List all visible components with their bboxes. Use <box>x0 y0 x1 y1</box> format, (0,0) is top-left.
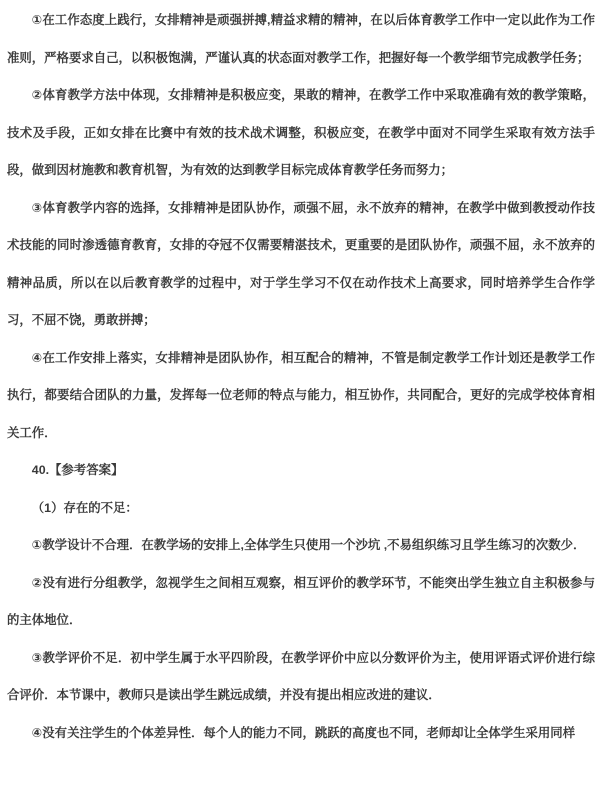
paragraph-deficiency-4-differences: ④没有关注学生的个体差异性．每个人的能力不同，跳跃的高度也不同，老师却让全体学生… <box>7 715 595 753</box>
question-40-answer-heading: 40.【参考答案】 <box>7 452 595 490</box>
paragraph-deficiency-1-design: ①教学设计不合理．在教学场的安排上,全体学生只使用一个沙坑 ,不易组织练习且学生… <box>7 527 595 565</box>
paragraph-teaching-methods: ②体育教学方法中体现，女排精神是积极应变，果敢的精神，在教学工作中采取准确有效的… <box>7 77 595 190</box>
paragraph-deficiency-3-evaluation: ③教学评价不足．初中学生属于水平四阶段，在教学评价中应以分数评价为主，使用评语式… <box>7 640 595 715</box>
paragraph-work-attitude: ①在工作态度上践行，女排精神是顽强拼搏,精益求精的精神，在以后体育教学工作中一定… <box>7 2 595 77</box>
paragraph-teaching-content: ③体育教学内容的选择，女排精神是团队协作，顽强不屈，永不放弃的精神，在教学中做到… <box>7 190 595 340</box>
document-page: ①在工作态度上践行，女排精神是顽强拼搏,精益求精的精神，在以后体育教学工作中一定… <box>0 0 600 792</box>
paragraph-work-arrangement: ④在工作安排上落实，女排精神是团队协作，相互配合的精神，不管是制定教学工作计划还… <box>7 340 595 453</box>
subsection-1-heading: （1）存在的不足： <box>7 490 595 528</box>
paragraph-deficiency-2-grouping: ②没有进行分组教学，忽视学生之间相互观察，相互评价的教学环节，不能突出学生独立自… <box>7 565 595 640</box>
